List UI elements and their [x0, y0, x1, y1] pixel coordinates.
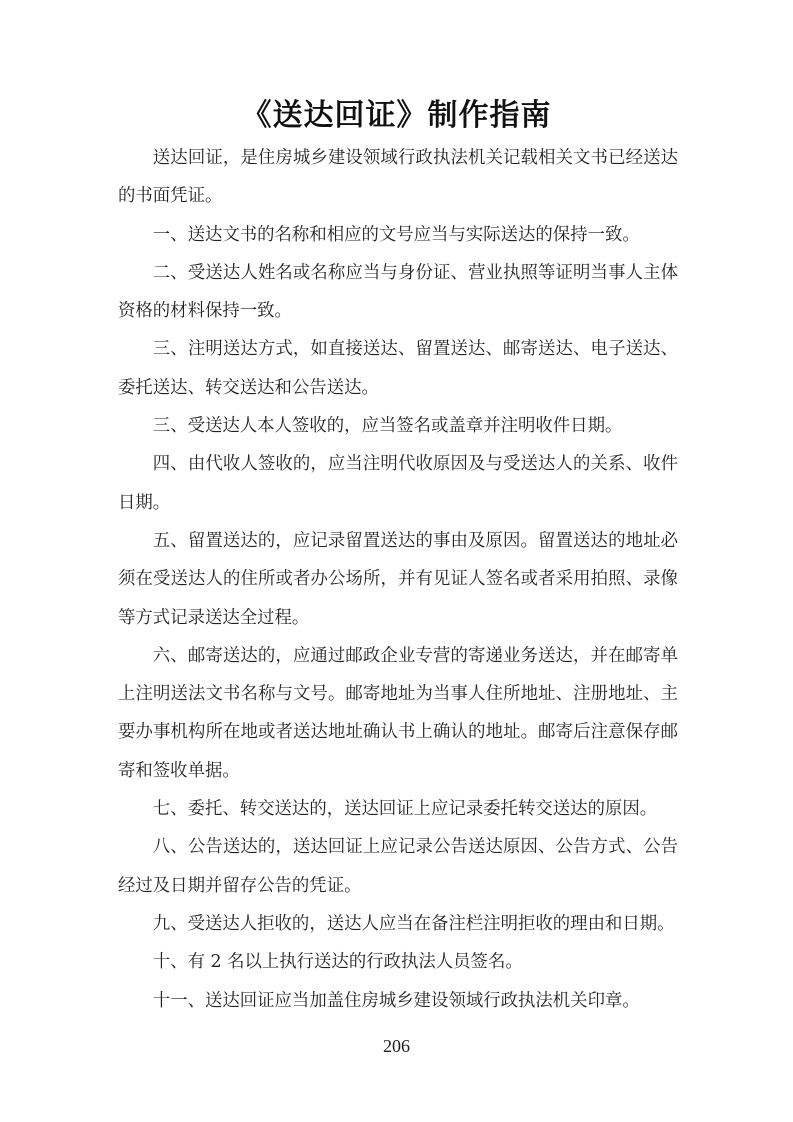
paragraph-item-2: 二、受送达人姓名或名称应当与身份证、营业执照等证明当事人主体资格的材料保持一致。 — [118, 254, 678, 331]
document-page: 《送达回证》制作指南 送达回证，是住房城乡建设领域行政执法机关记载相关文书已经送… — [0, 0, 793, 1122]
intro-paragraph: 送达回证，是住房城乡建设领域行政执法机关记载相关文书已经送达的书面凭证。 — [118, 139, 678, 216]
paragraph-item-8: 八、公告送达的，送达回证上应记录公告送达原因、公告方式、公告经过及日期并留存公告… — [118, 828, 678, 905]
paragraph-item-4: 四、由代收人签收的，应当注明代收原因及与受送达人的关系、收件日期。 — [118, 445, 678, 522]
page-title: 《送达回证》制作指南 — [0, 96, 793, 136]
paragraph-item-1: 一、送达文书的名称和相应的文号应当与实际送达的保持一致。 — [118, 216, 678, 254]
document-body: 送达回证，是住房城乡建设领域行政执法机关记载相关文书已经送达的书面凭证。 一、送… — [118, 139, 678, 1020]
paragraph-item-9: 九、受送达人拒收的，送达人应当在备注栏注明拒收的理由和日期。 — [118, 905, 678, 943]
paragraph-item-6: 六、邮寄送达的，应通过邮政企业专营的寄递业务送达，并在邮寄单上注明送法文书名称与… — [118, 637, 678, 790]
paragraph-item-11: 十一、送达回证应当加盖住房城乡建设领域行政执法机关印章。 — [118, 982, 678, 1020]
paragraph-item-10: 十、有 2 名以上执行送达的行政执法人员签名。 — [118, 943, 678, 981]
paragraph-item-5: 五、留置送达的，应记录留置送达的事由及原因。留置送达的地址必须在受送达人的住所或… — [118, 522, 678, 637]
paragraph-item-3b: 三、受送达人本人签收的，应当签名或盖章并注明收件日期。 — [118, 407, 678, 445]
paragraph-item-3: 三、注明送达方式，如直接送达、留置送达、邮寄送达、电子送达、委托送达、转交送达和… — [118, 330, 678, 407]
paragraph-item-7: 七、委托、转交送达的，送达回证上应记录委托转交送达的原因。 — [118, 790, 678, 828]
page-number: 206 — [0, 1036, 793, 1057]
